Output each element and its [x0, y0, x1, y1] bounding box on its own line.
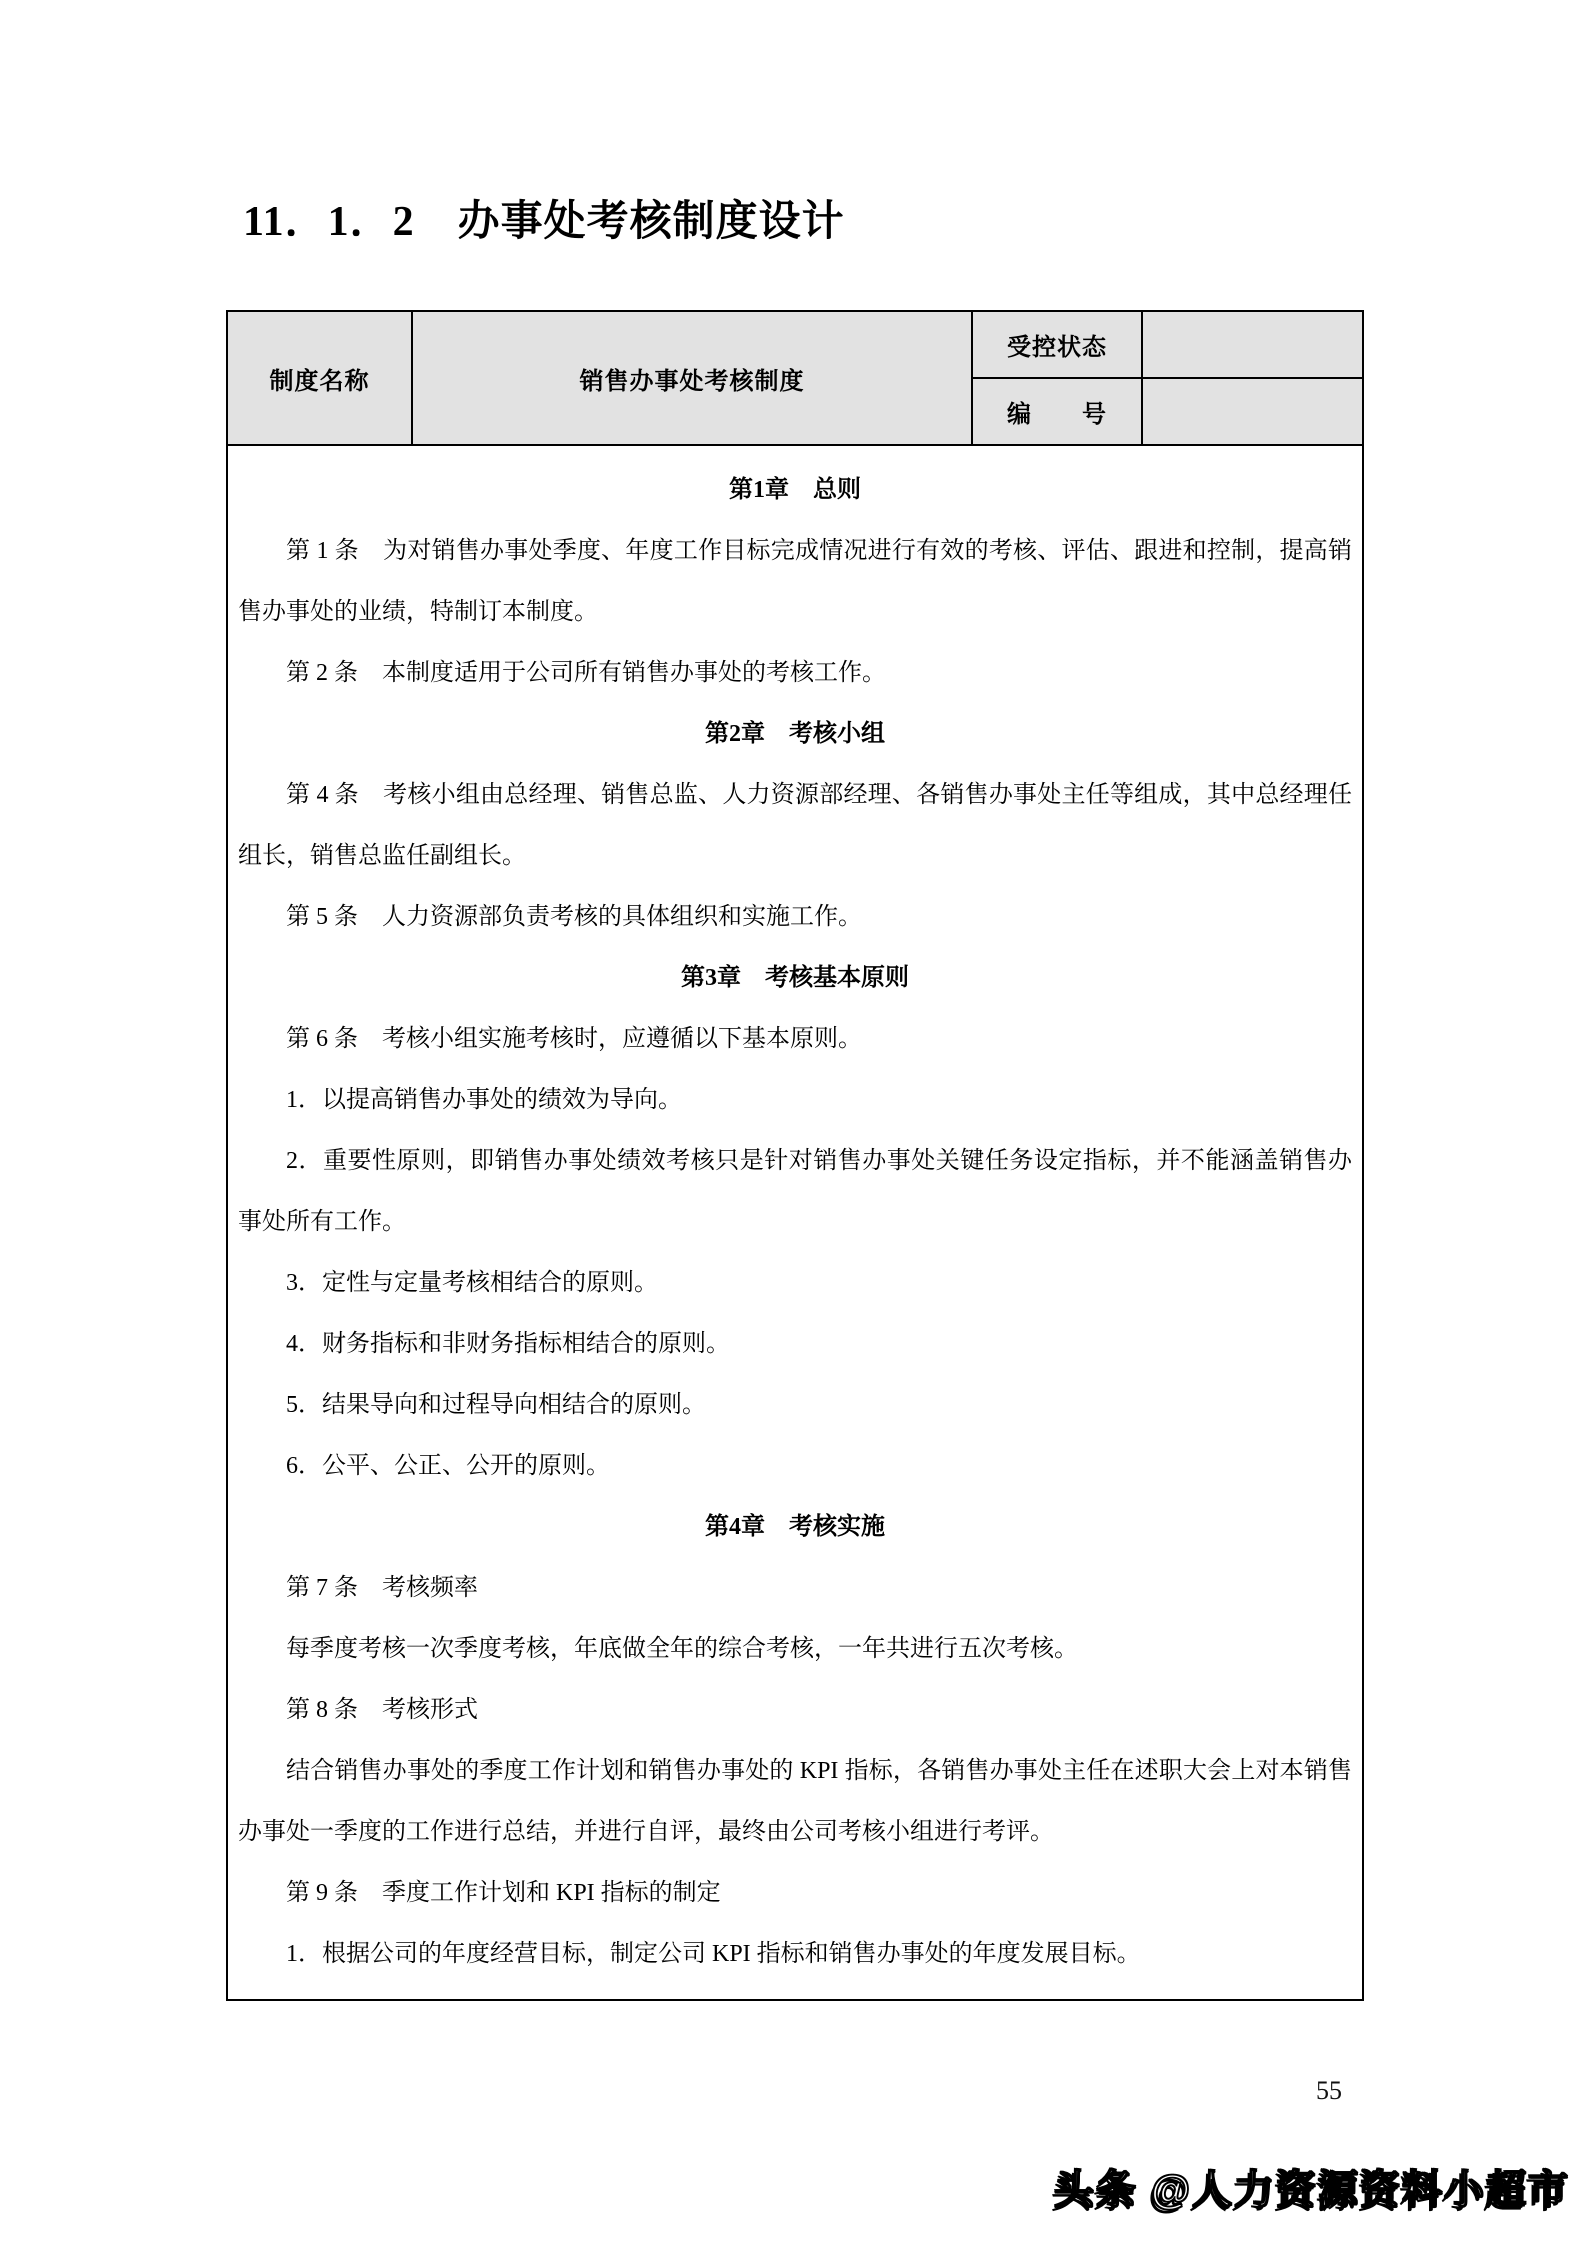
paragraph: 2．重要性原则，即销售办事处绩效考核只是针对销售办事处关键任务设定指标，并不能涵… — [238, 1131, 1352, 1253]
controlled-status-label: 受控状态 — [972, 311, 1142, 378]
paragraph: 6．公平、公正、公开的原则。 — [238, 1436, 1352, 1497]
document-page: 11．1．2 办事处考核制度设计 制度名称 销售办事处考核制度 受控状态 编 号… — [0, 0, 1587, 2245]
paragraph: 第 6 条 考核小组实施考核时，应遵循以下基本原则。 — [238, 1009, 1352, 1070]
chapter-heading: 第1章 总则 — [238, 460, 1352, 521]
paragraph: 第 8 条 考核形式 — [238, 1680, 1352, 1741]
paragraph: 第 7 条 考核频率 — [238, 1558, 1352, 1619]
watermark: 头条 @人力资源资料小超市 — [1054, 2158, 1570, 2215]
chapter-heading: 第4章 考核实施 — [238, 1497, 1352, 1558]
paragraph: 1．根据公司的年度经营目标，制定公司 KPI 指标和销售办事处的年度发展目标。 — [238, 1924, 1352, 1985]
controlled-status-value — [1142, 311, 1363, 378]
paragraph: 结合销售办事处的季度工作计划和销售办事处的 KPI 指标，各销售办事处主任在述职… — [238, 1741, 1352, 1863]
section-title: 11．1．2 办事处考核制度设计 — [243, 188, 845, 248]
paragraph: 第 4 条 考核小组由总经理、销售总监、人力资源部经理、各销售办事处主任等组成，… — [238, 765, 1352, 887]
document-number-label: 编 号 — [972, 378, 1142, 445]
document-number-value — [1142, 378, 1363, 445]
policy-name-label: 制度名称 — [227, 311, 412, 445]
chapter-heading: 第2章 考核小组 — [238, 704, 1352, 765]
paragraph: 每季度考核一次季度考核，年底做全年的综合考核，一年共进行五次考核。 — [238, 1619, 1352, 1680]
policy-table: 制度名称 销售办事处考核制度 受控状态 编 号 第1章 总则第 1 条 为对销售… — [226, 310, 1364, 2001]
paragraph: 1．以提高销售办事处的绩效为导向。 — [238, 1070, 1352, 1131]
paragraph: 3．定性与定量考核相结合的原则。 — [238, 1253, 1352, 1314]
paragraph: 第 2 条 本制度适用于公司所有销售办事处的考核工作。 — [238, 643, 1352, 704]
chapter-heading: 第3章 考核基本原则 — [238, 948, 1352, 1009]
paragraph: 5．结果导向和过程导向相结合的原则。 — [238, 1375, 1352, 1436]
document-body: 第1章 总则第 1 条 为对销售办事处季度、年度工作目标完成情况进行有效的考核、… — [227, 445, 1363, 2000]
paragraph: 第 9 条 季度工作计划和 KPI 指标的制定 — [238, 1863, 1352, 1924]
page-number: 55 — [1316, 2076, 1342, 2106]
paragraph: 4．财务指标和非财务指标相结合的原则。 — [238, 1314, 1352, 1375]
paragraph: 第 5 条 人力资源部负责考核的具体组织和实施工作。 — [238, 887, 1352, 948]
paragraph: 第 1 条 为对销售办事处季度、年度工作目标完成情况进行有效的考核、评估、跟进和… — [238, 521, 1352, 643]
policy-name-value: 销售办事处考核制度 — [412, 311, 972, 445]
